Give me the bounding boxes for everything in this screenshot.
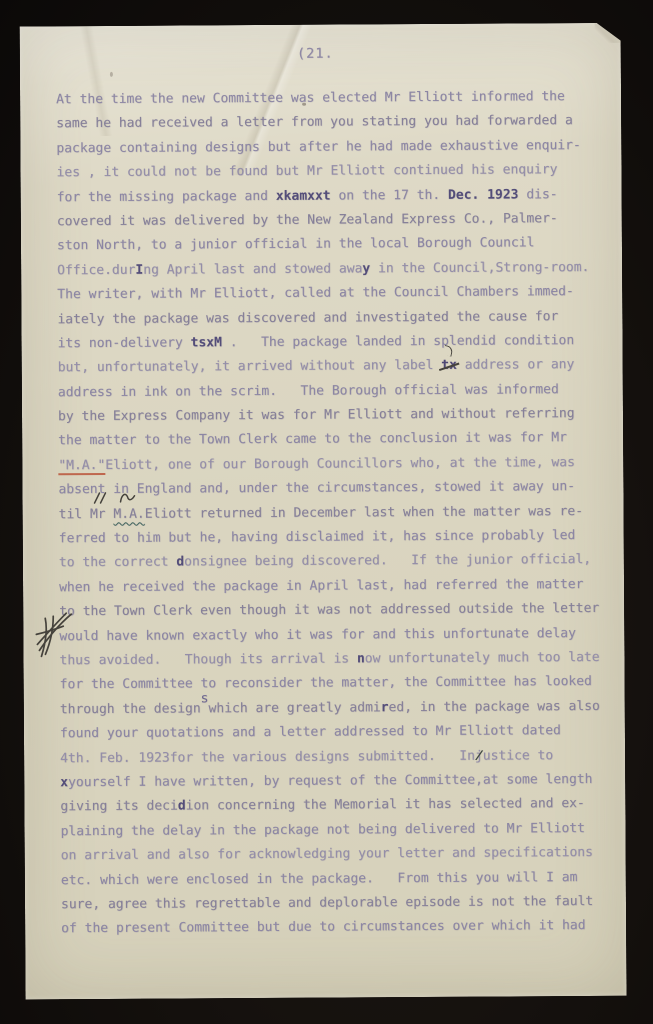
typed-text: . The package landed in splendid conditi… xyxy=(222,333,574,350)
typewritten-line: absent in England and, under the circums… xyxy=(58,475,609,503)
typed-text: giving its deci xyxy=(60,799,177,815)
typed-text: ow unfortunately much too late xyxy=(365,650,600,666)
typewritten-line: Office.durIng April last and stowed away… xyxy=(57,256,608,284)
typewritten-line: for the Committee to reconsider the matt… xyxy=(60,670,611,698)
typewritten-line: ies , it could not be found but Mr Ellio… xyxy=(56,158,607,186)
typed-text: At the time the new Committee was electe… xyxy=(56,89,565,107)
typewritten-line: same he had received a letter from you s… xyxy=(56,109,607,137)
typewritten-line: its non-delivery tsxM . The package land… xyxy=(57,329,608,357)
typed-text: ferred to him but he, having disclaimed … xyxy=(59,528,576,546)
typed-text: iately the package was discovered and in… xyxy=(57,309,558,327)
typewritten-lines: At the time the new Committee was electe… xyxy=(56,85,612,942)
typewritten-line: address in ink on the scrim. The Borough… xyxy=(58,378,609,406)
typed-text-bold: r xyxy=(381,700,389,715)
typed-text: found your quotations and a letter addre… xyxy=(60,723,561,741)
typewritten-line: found your quotations and a letter addre… xyxy=(60,719,611,747)
typed-text: for the missing package and xyxy=(57,188,276,204)
typed-text: of the present Committee but due to circ… xyxy=(61,918,585,936)
typewritten-line: to the correct donsignee being discovere… xyxy=(59,548,610,576)
typewritten-line: ferred to him but he, having disclaimed … xyxy=(59,524,610,552)
typed-text: thus avoided. Though its arrival is xyxy=(59,651,357,668)
typed-text-bold: x xyxy=(60,775,68,790)
typed-text: for the Committee to reconsider the matt… xyxy=(60,674,592,692)
typed-text: ng April last and stowed awa xyxy=(143,261,362,277)
page-number: (21. xyxy=(20,44,611,64)
typed-text: sure, agree this regrettable and deplora… xyxy=(61,894,593,912)
typed-text: through the design xyxy=(60,701,201,717)
typed-text-bold: xkamxxt xyxy=(276,188,331,203)
typewritten-line: plaining the delay in the package not be… xyxy=(60,817,611,845)
typed-text: 4th. Feb. 1923for the various designs su… xyxy=(60,748,475,766)
typewritten-line: "M.A."Eliott, one of our Borough Council… xyxy=(58,451,609,479)
typewritten-line: iately the package was discovered and in… xyxy=(57,304,608,332)
typed-text: to the correct xyxy=(59,555,176,571)
typed-text-bold: I xyxy=(135,262,143,277)
typewritten-line: for the missing package and xkamxxt on t… xyxy=(57,182,608,210)
typed-text: but, unfortunately, it arrived without a… xyxy=(58,358,442,375)
typewritten-line: of the present Committee but due to circ… xyxy=(61,914,612,942)
typed-text: yourself I have written, by request of t… xyxy=(68,772,592,790)
typewritten-line: The writer, with Mr Elliott, called at t… xyxy=(57,280,608,308)
typed-text: same he had received a letter from you s… xyxy=(56,113,573,131)
typewritten-line: At the time the new Committee was electe… xyxy=(56,85,607,113)
typewritten-line: etc. which were enclosed in the package.… xyxy=(61,865,612,893)
typed-text: ston North, to a junior official in the … xyxy=(57,236,535,254)
typewritten-line: thus avoided. Though its arrival is now … xyxy=(59,646,610,674)
typewritten-line: but, unfortunately, it arrived without a… xyxy=(58,353,609,381)
typed-text: to the Town Clerk even though it was not… xyxy=(59,601,599,619)
typed-text: ed, in the package was also xyxy=(388,699,599,715)
typewritten-line: 4th. Feb. 1923for the various designs su… xyxy=(60,743,611,771)
typed-text: til Mr xyxy=(59,507,114,522)
document-page: (21. At the time the new Committee was e… xyxy=(20,23,627,1000)
typewritten-line: to the Town Clerk even though it was not… xyxy=(59,597,610,625)
typewritten-line: covered it was delivered by the New Zeal… xyxy=(57,207,608,235)
paper-speck xyxy=(110,72,113,77)
typewritten-line: on arrival and also for acknowledging yo… xyxy=(61,841,612,869)
typed-text: on the 17 th. xyxy=(331,187,448,203)
typewritten-line: giving its decidion concerning the Memor… xyxy=(60,792,611,820)
typed-text: Eliott returned in December last when th… xyxy=(145,504,583,522)
typed-text-bold: Dec. 1923 xyxy=(448,187,519,202)
typed-text: which are greatly admi xyxy=(201,700,381,716)
typewritten-line: package containing designs but after he … xyxy=(56,134,607,162)
typed-text-bold: y xyxy=(362,261,370,276)
typewritten-line: would have known exactly who it was for … xyxy=(59,621,610,649)
dog-ear-fold xyxy=(595,22,622,43)
typewritten-line: through the designs which are greatly ad… xyxy=(60,695,611,723)
typed-text: onsignee being discovered. If the junior… xyxy=(184,552,591,569)
typed-text: address or any xyxy=(457,357,574,373)
typed-text-pen-cross: tx xyxy=(441,354,457,379)
typewritten-line: xyourself I have written, by request of … xyxy=(60,768,611,796)
typed-text: ies , it could not be found but Mr Ellio… xyxy=(56,162,557,180)
typed-text: dis- xyxy=(518,187,557,202)
typed-text: when he received the package in April la… xyxy=(59,577,583,595)
typed-text: would have known exactly who it was for … xyxy=(59,626,576,644)
typed-text-underline-wavy: M.A. xyxy=(113,506,144,521)
typed-text: Office.dur xyxy=(57,263,135,278)
typewritten-line: til Mr M.A.Eliott returned in December l… xyxy=(59,500,610,528)
typed-text: Eliott, one of our Borough Councillors w… xyxy=(105,455,575,473)
typed-text: in the Council,Strong-room. xyxy=(370,260,589,276)
typed-text-underline-red: "M.A." xyxy=(58,458,105,476)
typewritten-line: when he received the package in April la… xyxy=(59,573,610,601)
typed-text: the matter to the Town Clerk came to the… xyxy=(58,431,567,449)
typed-text: by the Express Company it was for Mr Ell… xyxy=(58,406,575,424)
pen-scribble-mark xyxy=(33,604,83,666)
typed-text-bold: tsxM xyxy=(191,335,222,350)
typewritten-line: sure, agree this regrettable and deplora… xyxy=(61,890,612,918)
typed-text: etc. which were enclosed in the package.… xyxy=(61,870,578,888)
typewritten-line: the matter to the Town Clerk came to the… xyxy=(58,426,609,454)
pen-insertion-ticks xyxy=(90,490,136,506)
typed-text: plaining the delay in the package not be… xyxy=(60,821,584,839)
typewritten-line: by the Express Company it was for Mr Ell… xyxy=(58,402,609,430)
typed-text: covered it was delivered by the New Zeal… xyxy=(57,211,558,229)
typed-text: package containing designs but after he … xyxy=(56,138,580,156)
typed-text: The writer, with Mr Elliott, called at t… xyxy=(57,284,574,302)
typed-text: ion concerning the Memorial it has selec… xyxy=(186,796,585,813)
typed-text: justice to xyxy=(475,748,553,763)
typewritten-line: ston North, to a junior official in the … xyxy=(57,231,608,259)
typed-text: its non-delivery xyxy=(58,335,191,351)
typed-text: on arrival and also for acknowledging yo… xyxy=(61,845,593,863)
typed-text: address in ink on the scrim. The Borough… xyxy=(58,382,559,400)
